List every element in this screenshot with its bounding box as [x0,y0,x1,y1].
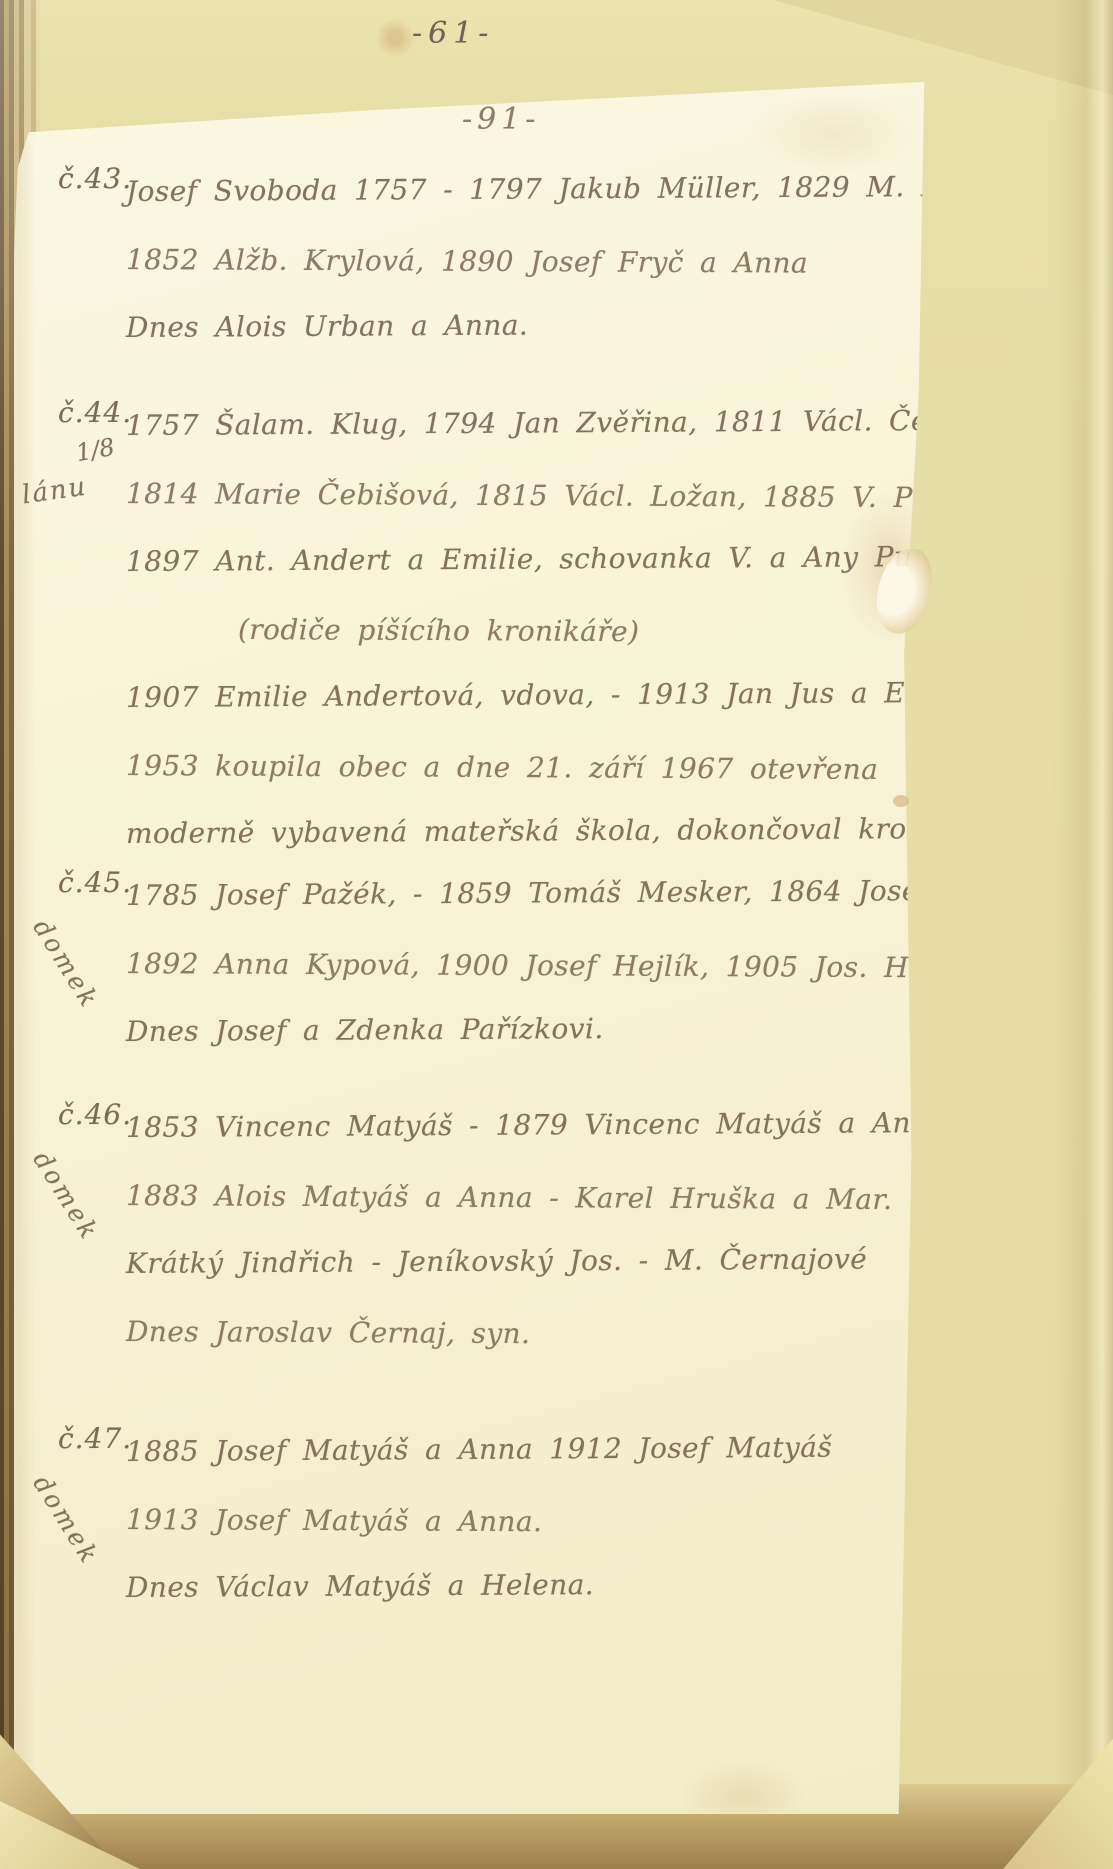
page-number: -91- [462,102,540,137]
chronicle-page: -91- č.43. Josef Svoboda 1757 - 1797 Jak… [14,82,926,1814]
entry-house-45: č.45. domek 1785 Josef Pažék, - 1859 Tom… [14,862,896,1066]
handwriting-line: 1757 Šalam. Klug, 1794 Jan Zvěřina, 1811… [126,387,896,460]
handwriting-line: Dnes Václav Matyáš a Helena. [126,1549,896,1622]
handwriting-line: (rodiče píšícího kronikáře) [238,596,896,667]
handwriting-line: 1885 Josef Matyáš a Anna 1912 Josef Maty… [126,1413,896,1486]
margin-note-line: domek [27,1470,104,1570]
handwriting-line: 1907 Emilie Andertová, vdova, - 1913 Jan… [126,659,896,732]
margin-note-line: domek [27,914,104,1014]
margin-note-line: 1/8 [74,433,117,467]
entry-label: č.45. [58,866,132,899]
back-page-number: -61- [412,16,494,51]
entry-label: č.47. [58,1422,132,1455]
entry-label: č.44. [58,396,132,429]
margin-note-line: domek [27,1146,104,1246]
entry-label: č.46. [58,1098,132,1131]
handwriting-line: Josef Svoboda 1757 - 1797 Jakub Müller, … [126,153,896,226]
handwriting-line: 1883 Alois Matyáš a Anna - Karel Hruška … [126,1162,896,1234]
paper-stain [893,795,909,807]
handwriting-line: 1892 Anna Kypová, 1900 Josef Hejlík, 190… [126,930,896,1002]
scanned-chronicle-photo: { "document": { "back_page_number": "-61… [0,0,1113,1869]
page-edge-shading [1053,0,1113,1869]
entry-house-46: č.46. domek 1853 Vincenc Matyáš - 1879 V… [14,1094,896,1366]
handwriting-line: 1853 Vincenc Matyáš - 1879 Vincenc Matyá… [126,1089,896,1162]
margin-note-line: lánu [20,472,89,511]
handwriting-line: 1913 Josef Matyáš a Anna. [126,1486,896,1558]
handwriting-line: 1785 Josef Pažék, - 1859 Tomáš Mesker, 1… [126,857,896,930]
handwriting-line: 1852 Alžb. Krylová, 1890 Josef Fryč a An… [126,226,896,298]
handwriting-line: 1814 Marie Čebišová, 1815 Václ. Ložan, 1… [126,460,896,532]
handwriting-line: 1897 Ant. Andert a Emilie, schovanka V. … [126,523,896,596]
entry-house-47: č.47. domek 1885 Josef Matyáš a Anna 191… [14,1418,896,1622]
handwriting-line: Dnes Jaroslav Černaj, syn. [126,1298,896,1370]
handwriting-line: Dnes Alois Urban a Anna. [126,289,896,362]
handwriting-line: Krátký Jindřich - Jeníkovský Jos. - M. Č… [126,1225,896,1298]
handwriting-line: Dnes Josef a Zdenka Pařízkovi. [126,993,896,1066]
entry-house-43: č.43. Josef Svoboda 1757 - 1797 Jakub Mü… [14,158,896,362]
entry-label: č.43. [58,162,132,195]
handwriting-line: 1953 koupila obec a dne 21. září 1967 ot… [126,732,896,804]
entry-house-44: č.44. 1/8 lánu 1757 Šalam. Klug, 1794 Ja… [14,392,896,868]
